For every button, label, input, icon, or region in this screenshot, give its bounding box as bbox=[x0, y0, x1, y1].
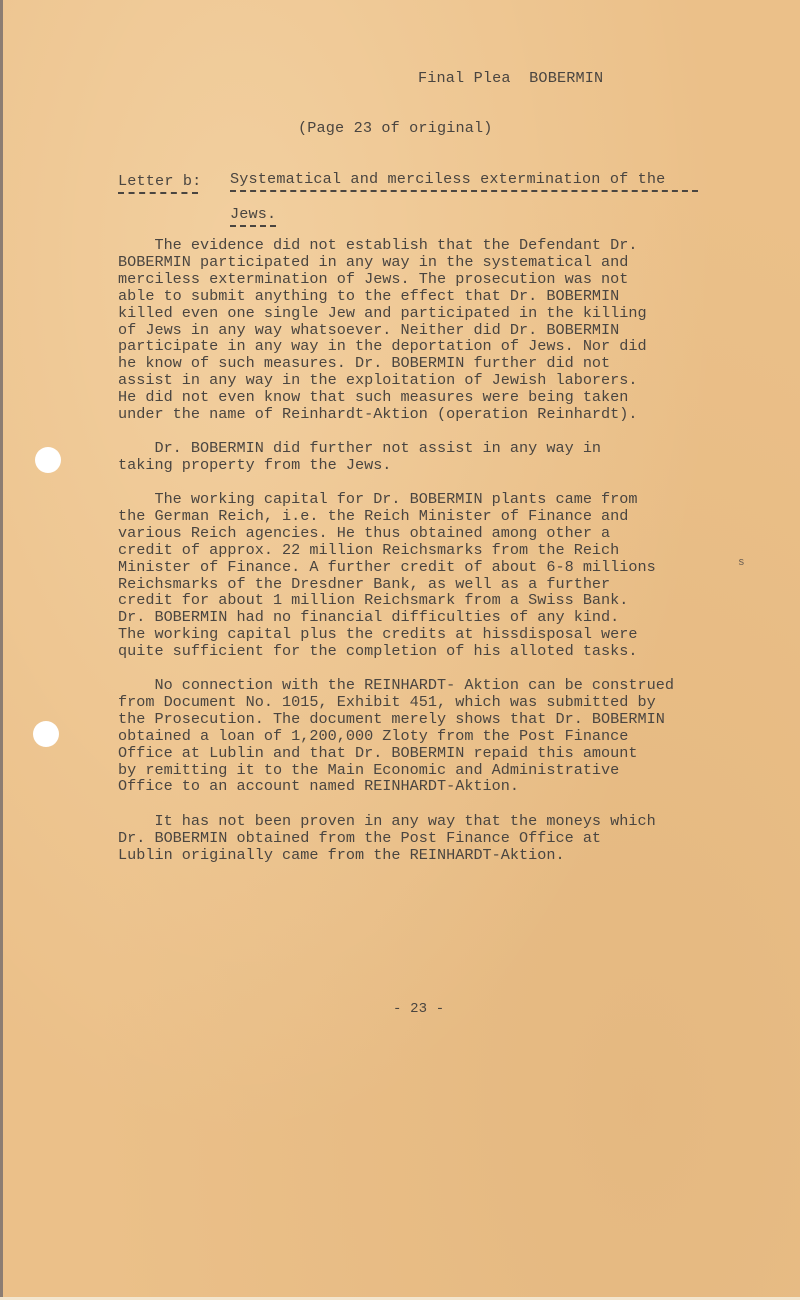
page-left-edge bbox=[0, 0, 3, 1300]
text-line: Office to an account named REINHARDT-Akt… bbox=[118, 778, 718, 795]
text-line: killed even one single Jew and participa… bbox=[118, 305, 718, 322]
text-line: obtained a loan of 1,200,000 Zloty from … bbox=[118, 728, 718, 745]
text-line: participate in any way in the deportatio… bbox=[118, 338, 718, 355]
text-line: The working capital for Dr. BOBERMIN pla… bbox=[118, 491, 718, 508]
text-line: The working capital plus the credits at … bbox=[118, 626, 718, 643]
typewritten-page: Final Plea BOBERMIN (Page 23 of original… bbox=[0, 0, 800, 1300]
text-line: various Reich agencies. He thus obtained… bbox=[118, 525, 718, 542]
text-line: assist in any way in the exploitation of… bbox=[118, 372, 718, 389]
paragraph-working-capital: The working capital for Dr. BOBERMIN pla… bbox=[118, 491, 718, 660]
paragraph-moneys-origin: It has not been proven in any way that t… bbox=[118, 813, 718, 864]
text-line: the German Reich, i.e. the Reich Ministe… bbox=[118, 508, 718, 525]
punch-hole-top bbox=[35, 447, 61, 473]
subject-label-underline bbox=[118, 192, 198, 194]
text-line: Minister of Finance. A further credit of… bbox=[118, 559, 718, 576]
text-line: under the name of Reinhardt-Aktion (oper… bbox=[118, 406, 718, 423]
text-line: Lublin originally came from the REINHARD… bbox=[118, 847, 718, 864]
margin-mark: s bbox=[738, 557, 745, 569]
text-line: able to submit anything to the effect th… bbox=[118, 288, 718, 305]
paragraph-document-1015: No connection with the REINHARDT- Aktion… bbox=[118, 677, 718, 795]
text-line: The evidence did not establish that the … bbox=[118, 237, 718, 254]
text-line: He did not even know that such measures … bbox=[118, 389, 718, 406]
subject-label: Letter b: bbox=[118, 173, 201, 190]
text-line: merciless extermination of Jews. The pro… bbox=[118, 271, 718, 288]
text-line: quite sufficient for the completion of h… bbox=[118, 643, 718, 660]
text-line: credit for about 1 million Reichsmark fr… bbox=[118, 592, 718, 609]
text-line: of Jews in any way whatsoever. Neither d… bbox=[118, 322, 718, 339]
text-line: taking property from the Jews. bbox=[118, 457, 718, 474]
paragraph-no-participation: The evidence did not establish that the … bbox=[118, 237, 718, 423]
page-reference: (Page 23 of original) bbox=[298, 120, 493, 137]
text-line: credit of approx. 22 million Reichsmarks… bbox=[118, 542, 718, 559]
subject-title-underline-1 bbox=[230, 190, 698, 192]
subject-title-line-1: Systematical and merciless extermination… bbox=[230, 171, 665, 188]
text-line: he know of such measures. Dr. BOBERMIN f… bbox=[118, 355, 718, 372]
subject-title-line-2: Jews. bbox=[230, 206, 276, 223]
text-line: Dr. BOBERMIN did further not assist in a… bbox=[118, 440, 718, 457]
text-line: No connection with the REINHARDT- Aktion… bbox=[118, 677, 718, 694]
page-number: - 23 - bbox=[393, 1001, 444, 1018]
paragraph-property: Dr. BOBERMIN did further not assist in a… bbox=[118, 440, 718, 474]
subject-title-underline-2 bbox=[230, 225, 276, 227]
text-line: from Document No. 1015, Exhibit 451, whi… bbox=[118, 694, 718, 711]
document-header-title: Final Plea BOBERMIN bbox=[418, 70, 603, 87]
text-line: Dr. BOBERMIN obtained from the Post Fina… bbox=[118, 830, 718, 847]
punch-hole-bottom bbox=[33, 721, 59, 747]
text-line: BOBERMIN participated in any way in the … bbox=[118, 254, 718, 271]
text-line: Reichsmarks of the Dresdner Bank, as wel… bbox=[118, 576, 718, 593]
text-line: the Prosecution. The document merely sho… bbox=[118, 711, 718, 728]
text-line: It has not been proven in any way that t… bbox=[118, 813, 718, 830]
text-line: Dr. BOBERMIN had no financial difficulti… bbox=[118, 609, 718, 626]
text-line: Office at Lublin and that Dr. BOBERMIN r… bbox=[118, 745, 718, 762]
text-line: by remitting it to the Main Economic and… bbox=[118, 762, 718, 779]
